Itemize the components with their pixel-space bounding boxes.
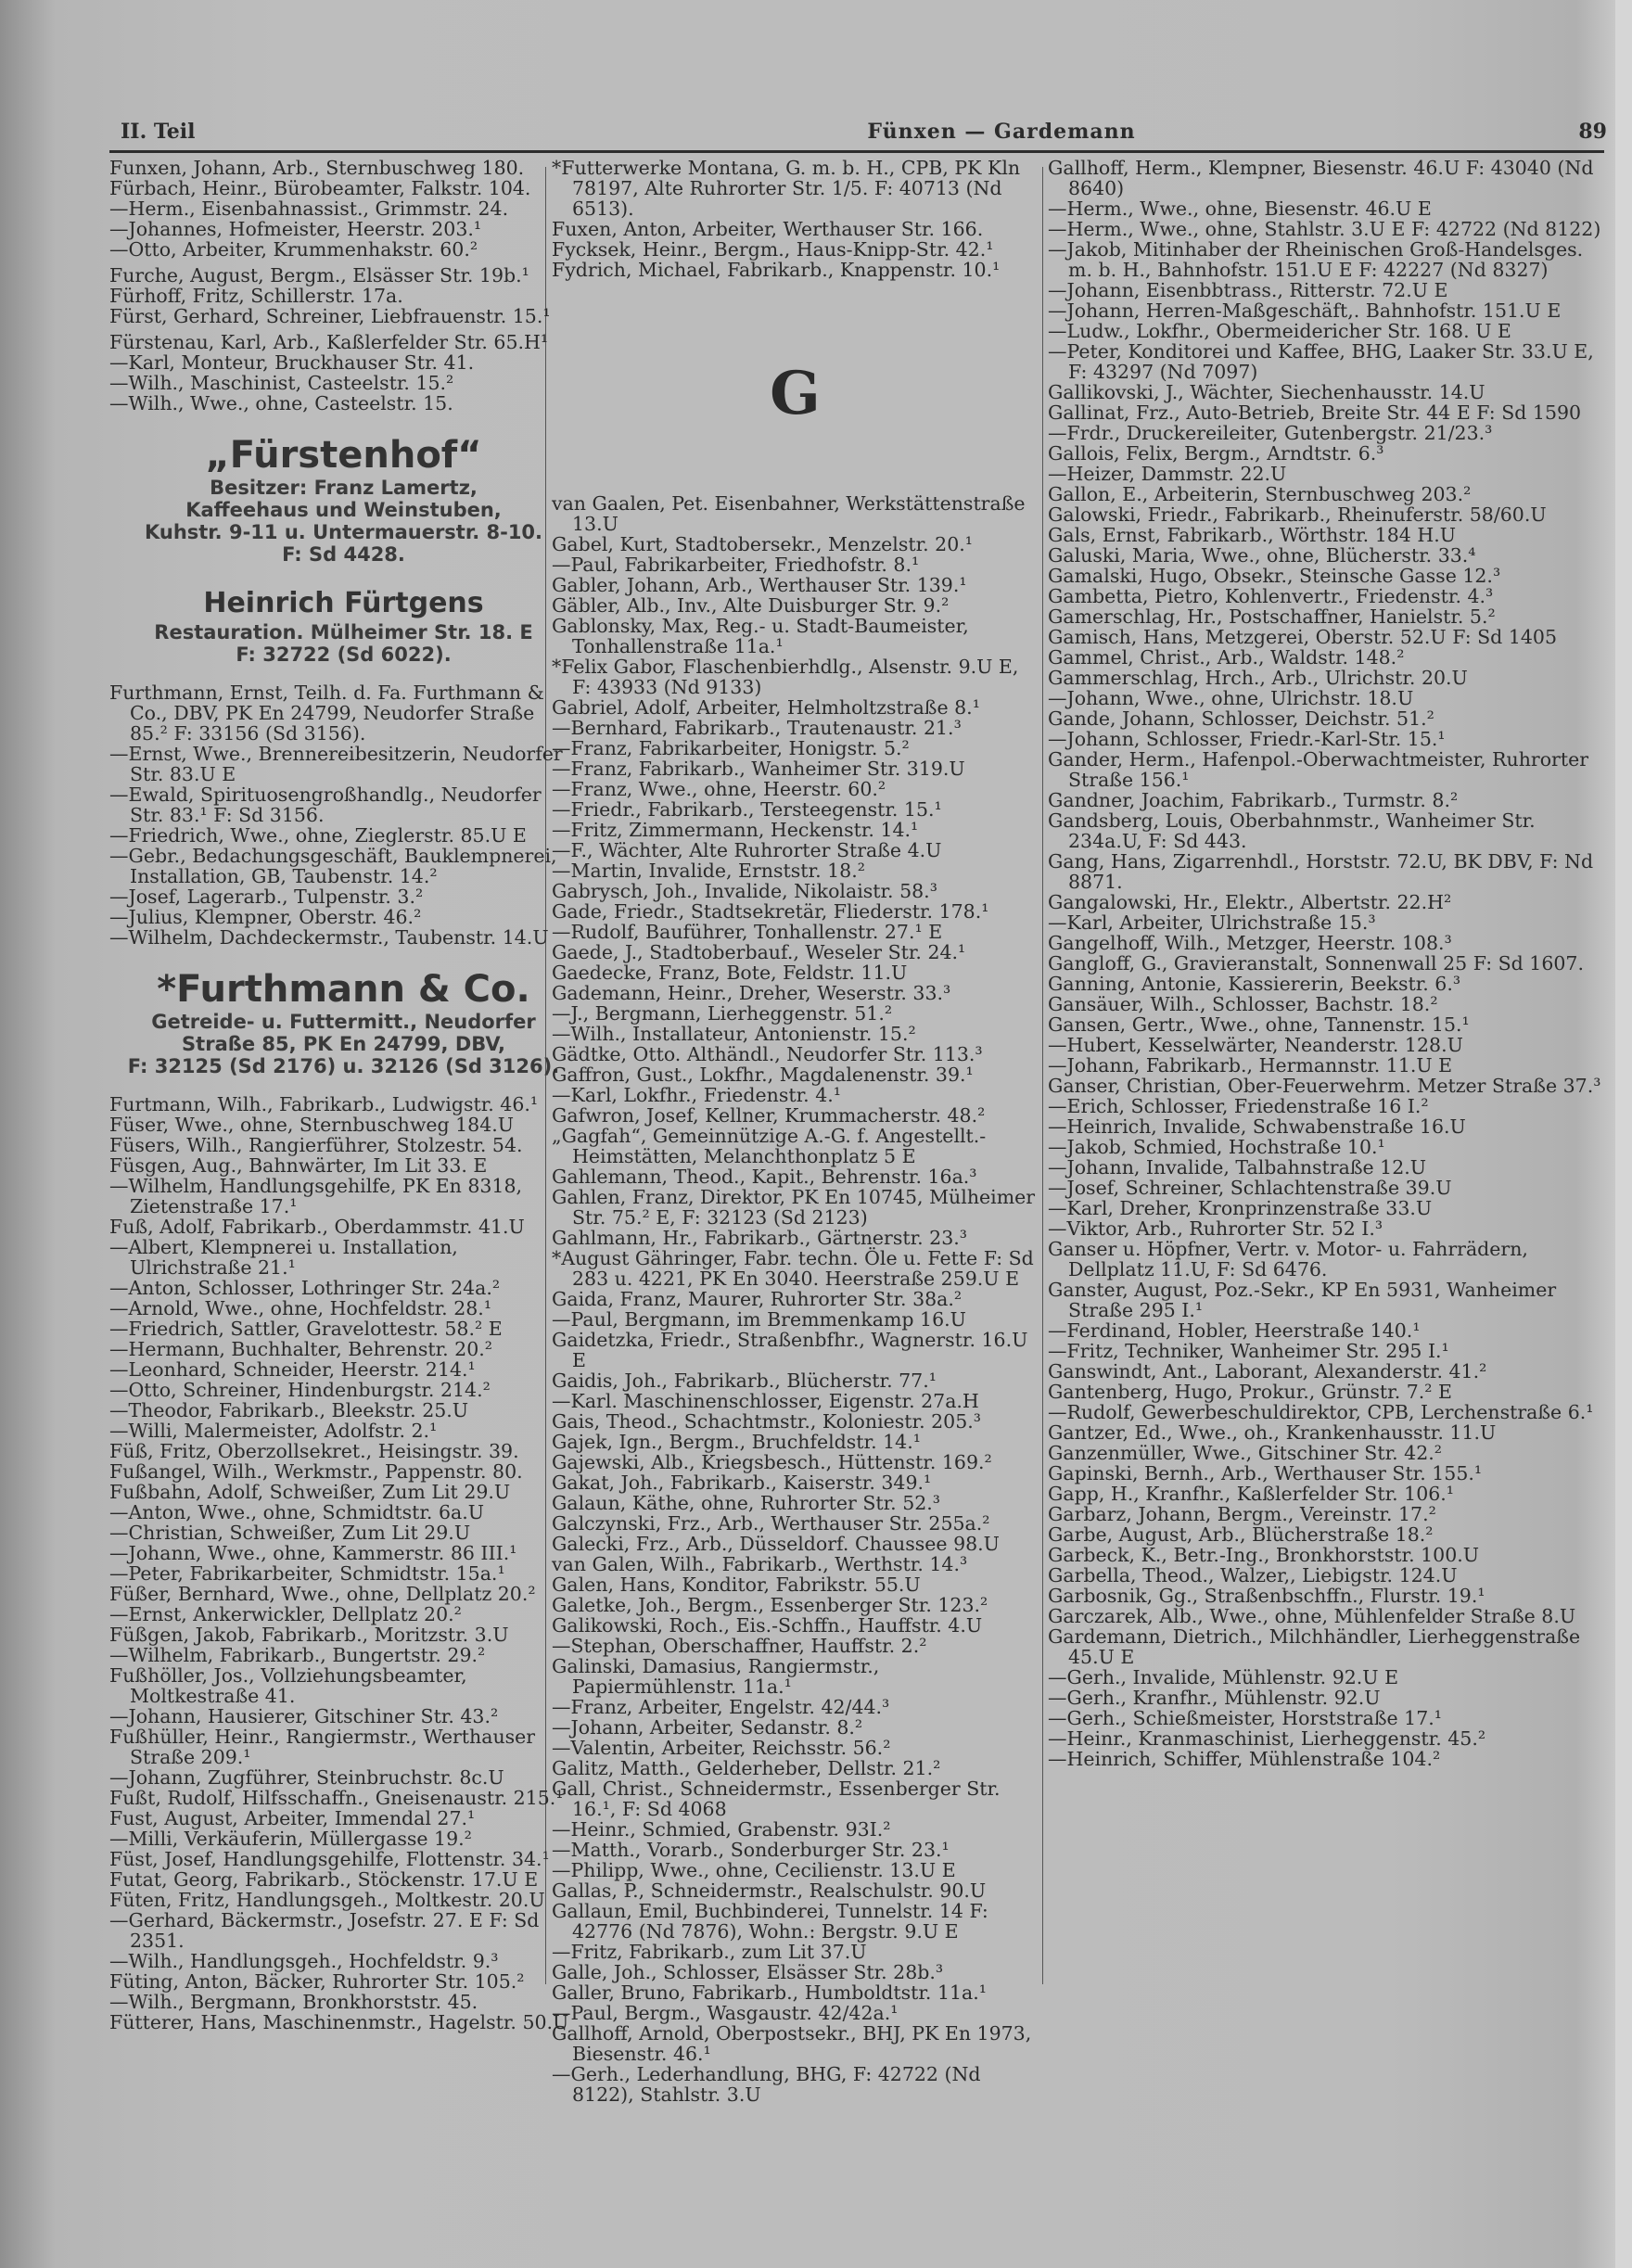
advertisement-title: „Fürstenhof“ (109, 434, 578, 477)
advertisement-title: *Furthmann & Co. (109, 968, 578, 1011)
directory-entry: Gangalowski, Hr., Elektr., Albertstr. 22… (1048, 892, 1602, 912)
directory-entry: —Johann, Wwe., ohne, Kammerstr. 86 III.¹ (109, 1543, 578, 1563)
directory-entry: —Peter, Fabrikarbeiter, Schmidtstr. 15a.… (109, 1563, 578, 1584)
directory-entry: —Johann, Invalide, Talbahnstraße 12.U (1048, 1157, 1602, 1178)
directory-entry: *August Gähringer, Fabr. techn. Öle u. F… (552, 1248, 1039, 1289)
directory-entry: —Fritz, Zimmermann, Heckenstr. 14.¹ (552, 820, 1039, 840)
advertisement-line: Kaffeehaus und Weinstuben, (109, 499, 578, 521)
directory-entry: Gangloff, G., Gravieranstalt, Sonnenwall… (1048, 953, 1602, 974)
directory-entry: —Heinrich, Invalide, Schwabenstraße 16.U (1048, 1116, 1602, 1137)
directory-entry: —Anton, Schlosser, Lothringer Str. 24a.² (109, 1278, 578, 1298)
directory-entry: —Theodor, Fabrikarb., Bleekstr. 25.U (109, 1400, 578, 1421)
directory-entry: Fußhüller, Heinr., Rangiermstr., Werthau… (109, 1726, 578, 1767)
directory-entry: —Heinrich, Schiffer, Mühlenstraße 104.² (1048, 1749, 1602, 1769)
directory-entry: Gallhoff, Herm., Klempner, Biesenstr. 46… (1048, 158, 1602, 198)
directory-entry: —Milli, Verkäuferin, Müllergasse 19.² (109, 1828, 578, 1849)
directory-entry: Gardemann, Dietrich., Milchhändler, Lier… (1048, 1626, 1602, 1667)
directory-entry: Fußhöller, Jos., Vollziehungsbeamter, Mo… (109, 1665, 578, 1706)
directory-entry: Gaidetzka, Friedr., Straßenbfhr., Wagner… (552, 1330, 1039, 1370)
directory-entry: —Matth., Vorarb., Sonderburger Str. 23.¹ (552, 1840, 1039, 1860)
directory-entry: Füß, Fritz, Oberzollsekret., Heisingstr.… (109, 1441, 578, 1461)
directory-entry: —Hubert, Kesselwärter, Neanderstr. 128.U (1048, 1035, 1602, 1055)
directory-entry: —Friedrich, Sattler, Gravelottestr. 58.²… (109, 1319, 578, 1339)
directory-entry: Galuski, Maria, Wwe., ohne, Blücherstr. … (1048, 545, 1602, 566)
directory-entry: —Ernst, Wwe., Brennereibesitzerin, Neudo… (109, 744, 578, 784)
directory-entry: —Johann, Schlosser, Friedr.-Karl-Str. 15… (1048, 729, 1602, 749)
directory-entry: van Gaalen, Pet. Eisenbahner, Werkstätte… (552, 493, 1039, 534)
directory-entry: Gang, Hans, Zigarrenhdl., Horststr. 72.U… (1048, 851, 1602, 892)
directory-entry: —Otto, Schreiner, Hindenburgstr. 214.² (109, 1380, 578, 1400)
directory-entry: Garbella, Theod., Walzer,, Liebigstr. 12… (1048, 1565, 1602, 1586)
directory-entry: —Otto, Arbeiter, Krummenhakstr. 60.² (109, 239, 578, 260)
directory-entry: —Friedrich, Wwe., ohne, Zieglerstr. 85.U… (109, 825, 578, 846)
directory-entry: Fuß, Adolf, Fabrikarb., Oberdammstr. 41.… (109, 1217, 578, 1237)
directory-entry: Gambetta, Pietro, Kohlenvertr., Friedens… (1048, 586, 1602, 606)
directory-entry: Gallinat, Frz., Auto-Betrieb, Breite Str… (1048, 402, 1602, 423)
directory-entry: Füser, Wwe., ohne, Sternbuschweg 184.U (109, 1115, 578, 1135)
directory-entry: —Valentin, Arbeiter, Reichsstr. 56.² (552, 1738, 1039, 1758)
directory-entry: —Martin, Invalide, Ernststr. 18.² (552, 860, 1039, 881)
directory-entry: —Wilhelm, Dachdeckermstr., Taubenstr. 14… (109, 927, 578, 948)
directory-entry: Gabler, Johann, Arb., Werthauser Str. 13… (552, 575, 1039, 595)
directory-entry: Galle, Joh., Schlosser, Elsässer Str. 28… (552, 1962, 1039, 1982)
directory-entry: Fürhoff, Fritz, Schillerstr. 17a. (109, 286, 578, 306)
directory-entry: Galecki, Frz., Arb., Düsseldorf. Chausse… (552, 1534, 1039, 1554)
directory-entry: Füting, Anton, Bäcker, Ruhrorter Str. 10… (109, 1971, 578, 1992)
directory-entry: —Johann, Fabrikarb., Hermannstr. 11.U E (1048, 1055, 1602, 1076)
directory-entry: Gapinski, Bernh., Arb., Werthauser Str. … (1048, 1463, 1602, 1484)
column-divider-2 (1042, 167, 1043, 1984)
page-header: II. Teil Fünxen — Gardemann 89 (121, 116, 1600, 153)
directory-entry: Gallon, E., Arbeiterin, Sternbuschweg 20… (1048, 484, 1602, 504)
directory-entry: „Gagfah“, Gemeinnützige A.-G. f. Angeste… (552, 1126, 1039, 1166)
directory-entry: Gaidis, Joh., Fabrikarb., Blücherstr. 77… (552, 1370, 1039, 1391)
directory-entry: —Wilh., Wwe., ohne, Casteelstr. 15. (109, 393, 578, 414)
directory-entry: Gansen, Gertr., Wwe., ohne, Tannenstr. 1… (1048, 1014, 1602, 1035)
directory-entry: —Gerh., Kranfhr., Mühlenstr. 92.U (1048, 1688, 1602, 1708)
directory-entry: Gantenberg, Hugo, Prokur., Grünstr. 7.² … (1048, 1382, 1602, 1402)
directory-entry: —Josef, Lagerarb., Tulpenstr. 3.² (109, 886, 578, 907)
advertisement-line: Restauration. Mülheimer Str. 18. E (109, 621, 578, 643)
directory-entry: —Ewald, Spirituosengroßhandlg., Neudorfe… (109, 784, 578, 825)
directory-entry: —Franz, Fabrikarb., Wanheimer Str. 319.U (552, 758, 1039, 779)
directory-entry: Futat, Georg, Fabrikarb., Stöckenstr. 17… (109, 1869, 578, 1890)
advertisement-line: Getreide- u. Futtermitt., Neudorfer (109, 1011, 578, 1033)
directory-entry: —Karl, Dreher, Kronprinzenstraße 33.U (1048, 1198, 1602, 1218)
directory-entry: Gabel, Kurt, Stadtobersekr., Menzelstr. … (552, 534, 1039, 554)
directory-entry: —Josef, Schreiner, Schlachtenstraße 39.U (1048, 1178, 1602, 1198)
directory-entry: Gamisch, Hans, Metzgerei, Oberstr. 52.U … (1048, 627, 1602, 647)
directory-entry: Gahlmann, Hr., Fabrikarb., Gärtnerstr. 2… (552, 1228, 1039, 1248)
directory-entry: Gallhoff, Arnold, Oberpostsekr., BHJ, PK… (552, 2023, 1039, 2064)
directory-entry: Gaede, J., Stadtoberbauf., Weseler Str. … (552, 942, 1039, 962)
directory-entry: Gade, Friedr., Stadtsekretär, Fliederstr… (552, 901, 1039, 922)
directory-entry: Fürstenau, Karl, Arb., Kaßlerfelder Str.… (109, 332, 578, 352)
section-letter: G (552, 362, 1039, 427)
directory-entry: Garbe, August, Arb., Blücherstraße 18.² (1048, 1524, 1602, 1545)
directory-entry: Gallas, P., Schneidermstr., Realschulstr… (552, 1880, 1039, 1901)
directory-entry: —Wilh., Installateur, Antonienstr. 15.² (552, 1024, 1039, 1044)
directory-entry: Ganswindt, Ant., Laborant, Alexanderstr.… (1048, 1361, 1602, 1382)
directory-entry: —Julius, Klempner, Oberstr. 46.² (109, 907, 578, 927)
directory-entry: Fürst, Gerhard, Schreiner, Liebfrauenstr… (109, 306, 578, 326)
directory-entry: Fürbach, Heinr., Bürobeamter, Falkstr. 1… (109, 178, 578, 198)
directory-entry: Gals, Ernst, Fabrikarb., Wörthstr. 184 H… (1048, 525, 1602, 545)
directory-entry: Füst, Josef, Handlungsgehilfe, Flottenst… (109, 1849, 578, 1869)
directory-entry: van Galen, Wilh., Fabrikarb., Werthstr. … (552, 1554, 1039, 1574)
directory-entry: Fydrich, Michael, Fabrikarb., Knappenstr… (552, 260, 1039, 280)
directory-entry: —Gerh., Schießmeister, Horststraße 17.¹ (1048, 1708, 1602, 1728)
directory-entry: Fußbahn, Adolf, Schweißer, Zum Lit 29.U (109, 1482, 578, 1502)
advertisement: *Furthmann & Co.Getreide- u. Futtermitt.… (109, 968, 578, 1077)
directory-entry: —Franz, Arbeiter, Engelstr. 42/44.³ (552, 1697, 1039, 1717)
directory-entry: Gakat, Joh., Fabrikarb., Kaiserstr. 349.… (552, 1472, 1039, 1493)
directory-entry: —Johann, Eisenbbtrass., Ritterstr. 72.U … (1048, 280, 1602, 300)
directory-entry: Fußt, Rudolf, Hilfsschaffn., Gneisenaust… (109, 1788, 578, 1808)
directory-entry: Füten, Fritz, Handlungsgeh., Moltkestr. … (109, 1890, 578, 1910)
part-label: II. Teil (121, 120, 195, 144)
directory-entry: —F., Wächter, Alte Ruhrorter Straße 4.U (552, 840, 1039, 860)
advertisement: „Fürstenhof“Besitzer: Franz Lamertz,Kaff… (109, 434, 578, 566)
directory-entry: Garbarz, Johann, Bergm., Vereinstr. 17.² (1048, 1504, 1602, 1524)
directory-entry: Galen, Hans, Konditor, Fabrikstr. 55.U (552, 1574, 1039, 1595)
directory-entry: Gande, Johann, Schlosser, Deichstr. 51.² (1048, 708, 1602, 729)
directory-entry: Fuxen, Anton, Arbeiter, Werthauser Str. … (552, 219, 1039, 239)
directory-entry: —Paul, Bergm., Wasgaustr. 42/42a.¹ (552, 2003, 1039, 2023)
directory-entry: Galowski, Friedr., Fabrikarb., Rheinufer… (1048, 504, 1602, 525)
directory-entry: Garbosnik, Gg., Straßenbschffn., Flurstr… (1048, 1586, 1602, 1606)
directory-entry: —Karl. Maschinenschlosser, Eigenstr. 27a… (552, 1391, 1039, 1411)
directory-entry: —Gerh., Invalide, Mühlenstr. 92.U E (1048, 1667, 1602, 1688)
directory-entry: Galczynski, Frz., Arb., Werthauser Str. … (552, 1513, 1039, 1534)
directory-entry: Galinski, Damasius, Rangiermstr., Papier… (552, 1656, 1039, 1697)
directory-entry: Füßer, Bernhard, Wwe., ohne, Dellplatz 2… (109, 1584, 578, 1604)
directory-entry: —Viktor, Arb., Ruhrorter Str. 52 I.³ (1048, 1218, 1602, 1239)
advertisement-line: F: 32722 (Sd 6022). (109, 643, 578, 666)
directory-entry: —Wilh., Handlungsgeh., Hochfeldstr. 9.³ (109, 1951, 578, 1971)
directory-entry: —J., Bergmann, Lierheggenstr. 51.² (552, 1003, 1039, 1024)
directory-entry: Füßgen, Jakob, Fabrikarb., Moritzstr. 3.… (109, 1625, 578, 1645)
directory-entry: Gafwron, Josef, Kellner, Krummacherstr. … (552, 1105, 1039, 1126)
directory-entry: Gansäuer, Wilh., Schlosser, Bachstr. 18.… (1048, 994, 1602, 1014)
directory-entry: —Friedr., Fabrikarb., Tersteegenstr. 15.… (552, 799, 1039, 820)
advertisement-line: F: 32125 (Sd 2176) u. 32126 (Sd 3126). (109, 1055, 578, 1077)
directory-entry: —Jakob, Mitinhaber der Rheinischen Groß-… (1048, 239, 1602, 280)
directory-entry: —Herm., Eisenbahnassist., Grimmstr. 24. (109, 198, 578, 219)
directory-entry: Gablonsky, Max, Reg.- u. Stadt-Baumeiste… (552, 616, 1039, 656)
directory-entry: Gajewski, Alb., Kriegsbesch., Hüttenstr.… (552, 1452, 1039, 1472)
directory-entry: Füsers, Wilh., Rangierführer, Stolzestr.… (109, 1135, 578, 1155)
directory-entry: —Bernhard, Fabrikarb., Trautenaustr. 21.… (552, 718, 1039, 738)
directory-entry: Gamalski, Hugo, Obsekr., Steinsche Gasse… (1048, 566, 1602, 586)
header-rule (109, 150, 1604, 153)
directory-entry: —Johann, Arbeiter, Sedanstr. 8.² (552, 1717, 1039, 1738)
directory-entry: —Johann, Herren-Maßgeschäft,. Bahnhofstr… (1048, 300, 1602, 321)
directory-entry: —Fritz, Fabrikarb., zum Lit 37.U (552, 1942, 1039, 1962)
directory-entry: Gademann, Heinr., Dreher, Weserstr. 33.³ (552, 983, 1039, 1003)
directory-entry: —Wilhelm, Handlungsgehilfe, PK En 8318, … (109, 1176, 578, 1217)
directory-entry: —Heizer, Dammstr. 22.U (1048, 464, 1602, 484)
directory-entry: —Wilh., Maschinist, Casteelstr. 15.² (109, 373, 578, 393)
directory-entry: —Gerhard, Bäckermstr., Josefstr. 27. E F… (109, 1910, 578, 1951)
directory-entry: Fußangel, Wilh., Werkmstr., Pappenstr. 8… (109, 1461, 578, 1482)
directory-entry: —Johann, Hausierer, Gitschiner Str. 43.² (109, 1706, 578, 1726)
directory-entry: Gabrysch, Joh., Invalide, Nikolaistr. 58… (552, 881, 1039, 901)
advertisement-title: Heinrich Fürtgens (109, 586, 578, 621)
directory-entry: Gapp, H., Kranfhr., Kaßlerfelder Str. 10… (1048, 1484, 1602, 1504)
directory-entry: —Karl, Lokfhr., Friedenstr. 4.¹ (552, 1085, 1039, 1105)
directory-entry: Gammel, Christ., Arb., Waldstr. 148.² (1048, 647, 1602, 668)
directory-entry: —Wilh., Bergmann, Bronkhorststr. 45. (109, 1992, 578, 2012)
directory-entry: Gander, Herm., Hafenpol.-Oberwachtmeiste… (1048, 749, 1602, 790)
running-head: Fünxen — Gardemann (802, 120, 1201, 144)
directory-entry: —Christian, Schweißer, Zum Lit 29.U (109, 1523, 578, 1543)
advertisement-line: F: Sd 4428. (109, 543, 578, 566)
directory-entry: *Felix Gabor, Flaschenbierhdlg., Alsenst… (552, 656, 1039, 697)
directory-entry: Galitz, Matth., Gelderheber, Dellstr. 21… (552, 1758, 1039, 1778)
directory-entry: Ganzenmüller, Wwe., Gitschiner Str. 42.² (1048, 1443, 1602, 1463)
directory-entry: —Ferdinand, Hobler, Heerstraße 140.¹ (1048, 1320, 1602, 1341)
advertisement-line: Kuhstr. 9-11 u. Untermauerstr. 8-10. (109, 521, 578, 543)
directory-entry: Ganser, Christian, Ober-Feuerwehrm. Metz… (1048, 1076, 1602, 1096)
directory-entry: Garczarek, Alb., Wwe., ohne, Mühlenfelde… (1048, 1606, 1602, 1626)
directory-entry: Gaedecke, Franz, Bote, Feldstr. 11.U (552, 962, 1039, 983)
directory-entry: —Anton, Wwe., ohne, Schmidtstr. 6a.U (109, 1502, 578, 1523)
directory-entry: Gajek, Ign., Bergm., Bruchfeldstr. 14.¹ (552, 1432, 1039, 1452)
directory-entry: Furche, August, Bergm., Elsässer Str. 19… (109, 265, 578, 286)
column-3: Gallhoff, Herm., Klempner, Biesenstr. 46… (1048, 158, 1602, 1769)
directory-entry: Gall, Christ., Schneidermstr., Essenberg… (552, 1778, 1039, 1819)
directory-entry: Gamerschlag, Hr., Postschaffner, Haniels… (1048, 606, 1602, 627)
directory-entry: —Peter, Konditorei und Kaffee, BHG, Laak… (1048, 341, 1602, 382)
directory-entry: Ganser u. Höpfner, Vertr. v. Motor- u. F… (1048, 1239, 1602, 1280)
directory-entry: Gangelhoff, Wilh., Metzger, Heerstr. 108… (1048, 933, 1602, 953)
directory-entry: Gallois, Felix, Bergm., Arndtstr. 6.³ (1048, 443, 1602, 464)
directory-entry: —Arnold, Wwe., ohne, Hochfeldstr. 28.¹ (109, 1298, 578, 1319)
directory-entry: Gammerschlag, Hrch., Arb., Ulrichstr. 20… (1048, 668, 1602, 688)
directory-entry: —Willi, Malermeister, Adolfstr. 2.¹ (109, 1421, 578, 1441)
directory-entry: Galler, Bruno, Fabrikarb., Humboldtstr. … (552, 1982, 1039, 2003)
column-2: *Futterwerke Montana, G. m. b. H., CPB, … (552, 158, 1039, 2105)
directory-entry: Gantzer, Ed., Wwe., oh., Krankenhausstr.… (1048, 1422, 1602, 1443)
directory-entry: Gandsberg, Louis, Oberbahnmstr., Wanheim… (1048, 810, 1602, 851)
directory-entry: Galikowski, Roch., Eis.-Schffn., Hauffst… (552, 1615, 1039, 1636)
directory-entry: —Hermann, Buchhalter, Behrenstr. 20.² (109, 1339, 578, 1359)
directory-entry: —Jakob, Schmied, Hochstraße 10.¹ (1048, 1137, 1602, 1157)
advertisement-line: Straße 85, PK En 24799, DBV, (109, 1033, 578, 1055)
advertisement: Heinrich FürtgensRestauration. Mülheimer… (109, 586, 578, 666)
directory-entry: —Johann, Zugführer, Steinbruchstr. 8c.U (109, 1767, 578, 1788)
directory-entry: —Johannes, Hofmeister, Heerstr. 203.¹ (109, 219, 578, 239)
directory-entry: Füsgen, Aug., Bahnwärter, Im Lit 33. E (109, 1155, 578, 1176)
directory-entry: —Gerh., Lederhandlung, BHG, F: 42722 (Nd… (552, 2064, 1039, 2105)
directory-entry: —Frdr., Druckereileiter, Gutenbergstr. 2… (1048, 423, 1602, 443)
directory-entry: —Stephan, Oberschaffner, Hauffstr. 2.² (552, 1636, 1039, 1656)
directory-entry: —Heinr., Schmied, Grabenstr. 93I.² (552, 1819, 1039, 1840)
directory-entry: —Rudolf, Gewerbeschuldirektor, CPB, Lerc… (1048, 1402, 1602, 1422)
directory-entry: Gais, Theod., Schachtmstr., Koloniestr. … (552, 1411, 1039, 1432)
directory-entry: —Franz, Wwe., ohne, Heerstr. 60.² (552, 779, 1039, 799)
directory-entry: —Karl, Arbeiter, Ulrichstraße 15.³ (1048, 912, 1602, 933)
directory-entry: *Futterwerke Montana, G. m. b. H., CPB, … (552, 158, 1039, 219)
directory-entry: —Ernst, Ankerwickler, Dellplatz 20.² (109, 1604, 578, 1625)
directory-entry: Gandner, Joachim, Fabrikarb., Turmstr. 8… (1048, 790, 1602, 810)
directory-entry: Fütterer, Hans, Maschinenmstr., Hagelstr… (109, 2012, 578, 2032)
directory-entry: —Franz, Fabrikarbeiter, Honigstr. 5.² (552, 738, 1039, 758)
directory-entry: —Gebr., Bedachungsgeschäft, Bauklempnere… (109, 846, 578, 886)
directory-entry: —Herm., Wwe., ohne, Stahlstr. 3.U E F: 4… (1048, 219, 1602, 239)
directory-entry: Garbeck, K., Betr.-Ing., Bronkhorststr. … (1048, 1545, 1602, 1565)
directory-entry: —Wilhelm, Fabrikarb., Bungertstr. 29.² (109, 1645, 578, 1665)
directory-entry: Furthmann, Ernst, Teilh. d. Fa. Furthman… (109, 682, 578, 744)
directory-entry: —Philipp, Wwe., ohne, Cecilienstr. 13.U … (552, 1860, 1039, 1880)
directory-entry: —Paul, Bergmann, im Bremmenkamp 16.U (552, 1309, 1039, 1330)
directory-entry: Furtmann, Wilh., Fabrikarb., Ludwigstr. … (109, 1094, 578, 1115)
directory-entry: Fust, August, Arbeiter, Immendal 27.¹ (109, 1808, 578, 1828)
directory-entry: Gädtke, Otto. Althändl., Neudorfer Str. … (552, 1044, 1039, 1064)
directory-entry: Ganster, August, Poz.-Sekr., KP En 5931,… (1048, 1280, 1602, 1320)
directory-entry: —Fritz, Techniker, Wanheimer Str. 295 I.… (1048, 1341, 1602, 1361)
directory-entry: Funxen, Johann, Arb., Sternbuschweg 180. (109, 158, 578, 178)
directory-entry: —Rudolf, Bauführer, Tonhallenstr. 27.¹ E (552, 922, 1039, 942)
column-1: Funxen, Johann, Arb., Sternbuschweg 180.… (109, 158, 578, 2032)
directory-entry: Galaun, Käthe, ohne, Ruhrorter Str. 52.³ (552, 1493, 1039, 1513)
directory-entry: —Johann, Wwe., ohne, Ulrichstr. 18.U (1048, 688, 1602, 708)
directory-entry: —Karl, Monteur, Bruckhauser Str. 41. (109, 352, 578, 373)
directory-entry: Gaffron, Gust., Lokfhr., Magdalenenstr. … (552, 1064, 1039, 1085)
directory-entry: Fycksek, Heinr., Bergm., Haus-Knipp-Str.… (552, 239, 1039, 260)
directory-entry: Gahlemann, Theod., Kapit., Behrenstr. 16… (552, 1166, 1039, 1187)
directory-entry: Ganning, Antonie, Kassiererin, Beekstr. … (1048, 974, 1602, 994)
page-number: 89 (1578, 120, 1607, 144)
directory-entry: Gaida, Franz, Maurer, Ruhrorter Str. 38a… (552, 1289, 1039, 1309)
directory-entry: —Erich, Schlosser, Friedenstraße 16 I.² (1048, 1096, 1602, 1116)
directory-entry: Galetke, Joh., Bergm., Essenberger Str. … (552, 1595, 1039, 1615)
directory-entry: —Albert, Klempnerei u. Installation, Ulr… (109, 1237, 578, 1278)
directory-entry: Gäbler, Alb., Inv., Alte Duisburger Str.… (552, 595, 1039, 616)
directory-entry: Gallaun, Emil, Buchbinderei, Tunnelstr. … (552, 1901, 1039, 1942)
page-edge (1615, 0, 1632, 2268)
directory-entry: —Heinr., Kranmaschinist, Lierheggenstr. … (1048, 1728, 1602, 1749)
directory-entry: Gallikovski, J., Wächter, Siechenhausstr… (1048, 382, 1602, 402)
directory-entry: Gahlen, Franz, Direktor, PK En 10745, Mü… (552, 1187, 1039, 1228)
directory-entry: —Paul, Fabrikarbeiter, Friedhofstr. 8.¹ (552, 554, 1039, 575)
directory-entry: Gabriel, Adolf, Arbeiter, Helmholtzstraß… (552, 697, 1039, 718)
directory-entry: —Ludw., Lokfhr., Obermeidericher Str. 16… (1048, 321, 1602, 341)
advertisement-line: Besitzer: Franz Lamertz, (109, 477, 578, 499)
directory-entry: —Leonhard, Schneider, Heerstr. 214.¹ (109, 1359, 578, 1380)
directory-entry: —Herm., Wwe., ohne, Biesenstr. 46.U E (1048, 198, 1602, 219)
